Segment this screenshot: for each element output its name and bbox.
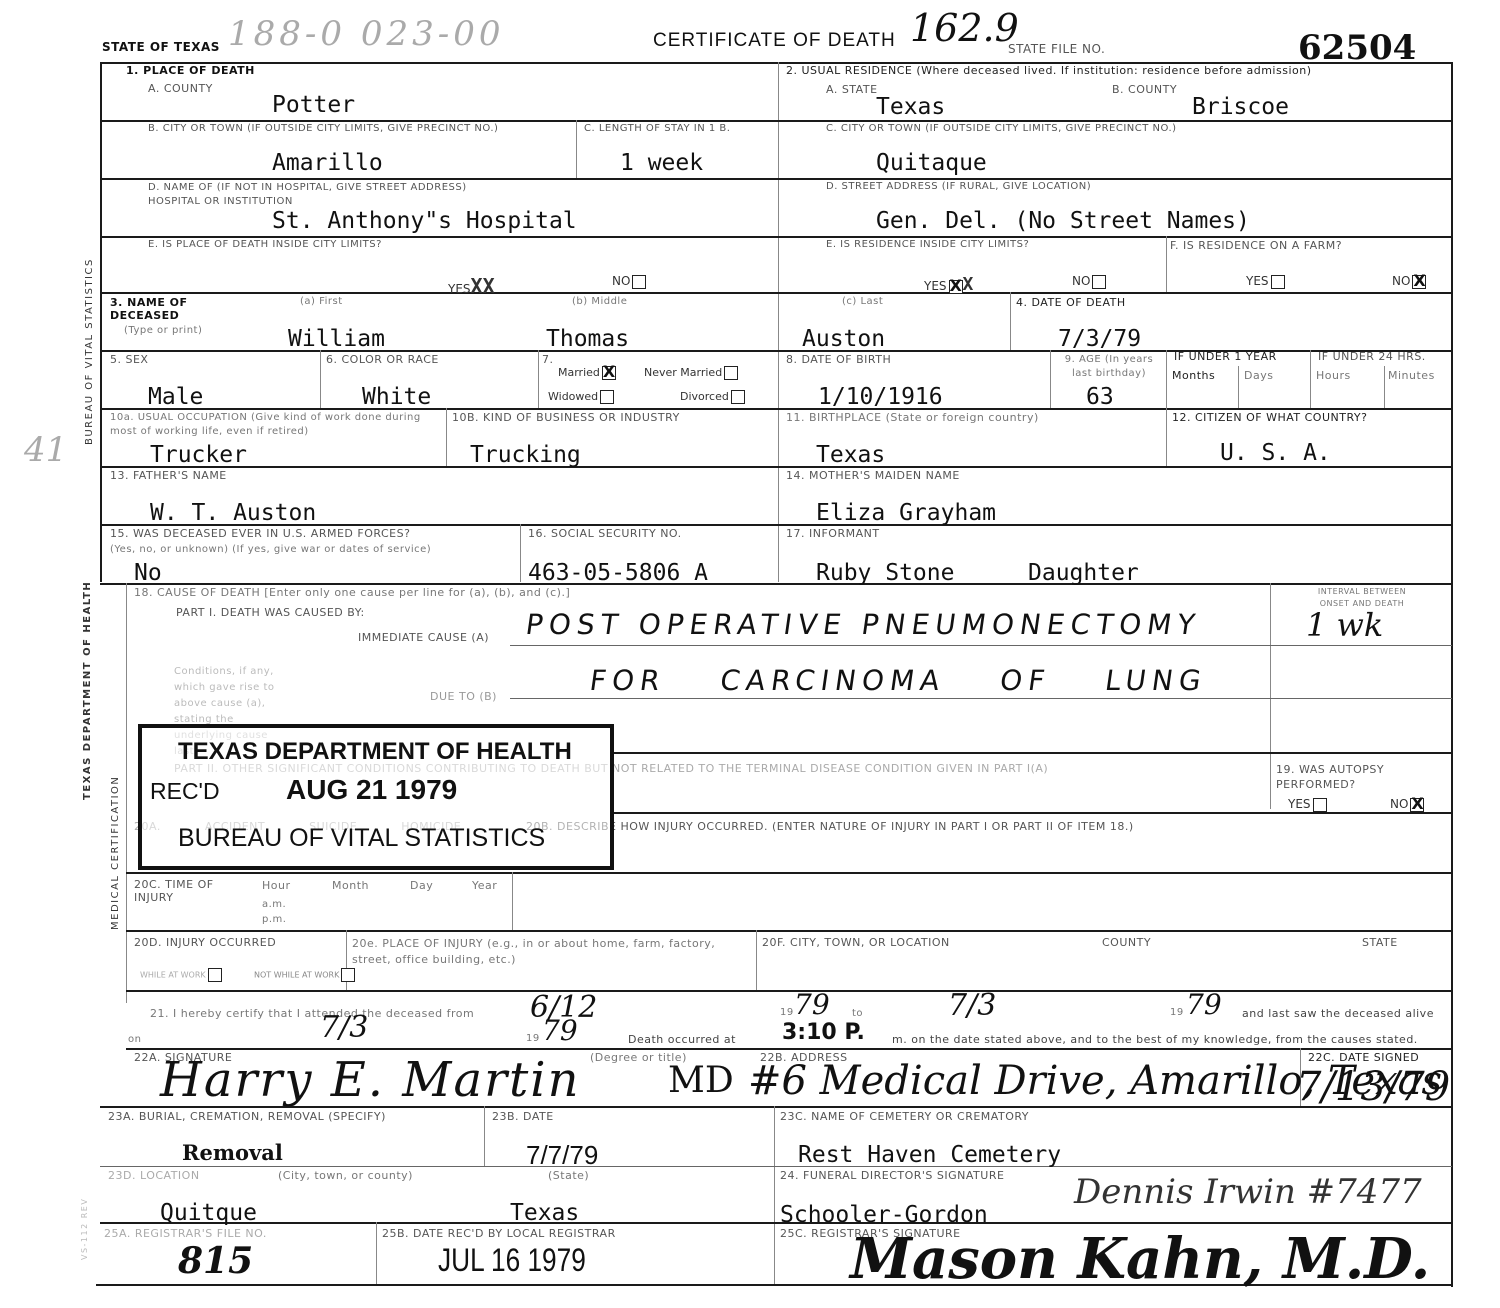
- cemetery-label: 23c. NAME OF CEMETERY OR CREMATORY: [780, 1110, 1029, 1123]
- state-file-label: STATE FILE NO.: [1008, 42, 1105, 56]
- hospital-label: d. NAME OF (If not in hospital, give str…: [148, 181, 478, 209]
- checkbox-icon: [341, 968, 355, 982]
- attended-to-field[interactable]: 7/3: [948, 988, 996, 1023]
- business-field[interactable]: Trucking: [470, 442, 581, 468]
- injury-time-label: 20c. TIME OF INJURY: [134, 878, 224, 904]
- occupation-field[interactable]: Trucker: [150, 442, 247, 468]
- after-time-text: m. on the date stated above, and to the …: [892, 1033, 1418, 1046]
- marital-widowed[interactable]: Widowed: [548, 390, 614, 404]
- cemetery-field[interactable]: Rest Haven Cemetery: [798, 1142, 1061, 1168]
- immediate-cause-field[interactable]: POST OPERATIVE PNEUMONECTOMY: [524, 608, 1203, 641]
- informant-relation-field[interactable]: Daughter: [1028, 560, 1139, 586]
- date-of-death-field[interactable]: 7/3/79: [1058, 326, 1141, 352]
- immediate-cause-label: IMMEDIATE CAUSE (a): [358, 631, 489, 644]
- farm-label: f. IS RESIDENCE ON A FARM?: [1170, 239, 1342, 252]
- part1-label: PART I. DEATH WAS CAUSED BY:: [176, 606, 365, 619]
- informant-field[interactable]: Ruby Stone: [816, 560, 954, 586]
- pod-yes-mark: XX: [471, 274, 495, 298]
- location-city-field[interactable]: Quitque: [160, 1200, 257, 1226]
- on-year-prefix: 19: [526, 1033, 540, 1044]
- to-year-prefix: 19: [1170, 1007, 1184, 1018]
- res-county-label: b. COUNTY: [1112, 83, 1177, 96]
- pod-inside-limits-label: e. IS PLACE OF DEATH INSIDE CITY LIMITS?: [148, 239, 382, 250]
- checkbox-icon: [1313, 798, 1327, 812]
- disposition-label: 23a. BURIAL, CREMATION, REMOVAL (Specify…: [108, 1110, 386, 1123]
- occupation-label: 10a. USUAL OCCUPATION (Give kind of work…: [110, 411, 440, 439]
- pod-inside-limits-yes[interactable]: YESXX: [448, 274, 495, 298]
- location-state-hint: (State): [548, 1169, 589, 1182]
- injury-place-label: 20e. PLACE OF INJURY (e.g., in or about …: [352, 936, 752, 968]
- registrar-signature[interactable]: Mason Kahn, M.D.: [850, 1226, 1430, 1292]
- on-year-field[interactable]: 79: [542, 1014, 578, 1047]
- funeral-director-label: 24. FUNERAL DIRECTOR'S SIGNATURE: [780, 1169, 1004, 1182]
- checked-box-icon: [1412, 275, 1426, 289]
- stamp-dept: TEXAS DEPARTMENT OF HEALTH: [178, 738, 572, 766]
- injury-city-label: 20f. CITY, TOWN, OR LOCATION: [762, 936, 950, 949]
- armed-forces-label: 15. WAS DECEASED EVER IN U.S. ARMED FORC…: [110, 527, 410, 540]
- father-field[interactable]: W. T. Auston: [150, 500, 316, 526]
- sex-label: 5. SEX: [110, 353, 148, 366]
- res-street-label: d. STREET ADDRESS (If rural, give locati…: [826, 181, 1091, 192]
- last-saw-text: and last saw the deceased alive: [1242, 1007, 1434, 1020]
- checkbox-icon: [208, 968, 222, 982]
- registrar-file-field[interactable]: 815: [178, 1240, 253, 1282]
- side-label-bureau: BUREAU OF VITAL STATISTICS: [84, 258, 95, 445]
- res-county-field[interactable]: Briscoe: [1192, 94, 1289, 120]
- disposition-date-label: 23b. DATE: [492, 1110, 554, 1123]
- pencil-file-note: 188-0 023-00: [228, 14, 504, 54]
- age-field[interactable]: 63: [1086, 384, 1114, 410]
- checked-box-icon: [602, 366, 616, 380]
- birthplace-label: 11. BIRTHPLACE (State or foreign country…: [786, 411, 1039, 424]
- local-registrar-date-field[interactable]: JUL 16 1979: [438, 1242, 586, 1279]
- certify-text: 21. I hereby certify that I attended the…: [150, 1007, 474, 1020]
- minutes-label: Minutes: [1388, 369, 1435, 382]
- armed-forces-hint: (Yes, no, or unknown) (If yes, give war …: [110, 544, 431, 555]
- pod-inside-limits-no[interactable]: NO: [612, 274, 646, 289]
- dob-label: 8. DATE OF BIRTH: [786, 353, 891, 366]
- pm-label: p.m.: [262, 914, 286, 925]
- to-year-field[interactable]: 79: [1186, 988, 1222, 1021]
- death-time-field[interactable]: 3:10 P.: [782, 1020, 865, 1045]
- farm-yes[interactable]: YES: [1246, 274, 1285, 289]
- degree-field[interactable]: MD: [668, 1060, 734, 1101]
- disposition-field[interactable]: Removal: [182, 1140, 283, 1165]
- injury-month-label: Month: [332, 879, 369, 892]
- stamp-received-date: AUG 21 1979: [286, 774, 457, 806]
- due-to-field[interactable]: FOR CARCINOMA OF LUNG: [588, 664, 1209, 697]
- funeral-home-field[interactable]: Schooler-Gordon: [780, 1202, 988, 1228]
- business-label: 10b. KIND OF BUSINESS OR INDUSTRY: [452, 411, 680, 424]
- form-code: VS-112 REV: [80, 1198, 89, 1260]
- length-of-stay-field[interactable]: 1 week: [620, 150, 703, 176]
- under-one-year-label: IF UNDER 1 YEAR: [1174, 350, 1277, 363]
- certificate-title: CERTIFICATE OF DEATH: [653, 30, 896, 52]
- location-label: 23d. LOCATION: [108, 1169, 200, 1182]
- first-name-field[interactable]: William: [288, 326, 385, 352]
- checkbox-icon: [600, 390, 614, 404]
- injury-hour-label: Hour: [262, 879, 291, 892]
- type-or-print-hint: (Type or print): [124, 325, 202, 336]
- deceased-name-label: 3. NAME OF DECEASED: [110, 296, 200, 322]
- disposition-date-field[interactable]: 7/7/79: [526, 1140, 598, 1171]
- length-of-stay-label: c. LENGTH OF STAY in 1 b.: [584, 123, 764, 134]
- from-year-prefix: 19: [780, 1007, 794, 1018]
- checkbox-icon: [731, 390, 745, 404]
- age-label: 9. AGE (In years last birthday): [1056, 353, 1162, 381]
- last-name-label: (c) Last: [842, 296, 883, 307]
- location-state-field[interactable]: Texas: [510, 1200, 579, 1226]
- checkbox-icon: [724, 366, 738, 380]
- res-city-field[interactable]: Quitaque: [876, 150, 987, 176]
- local-registrar-date-label: 25b. DATE REC'D BY LOCAL REGISTRAR: [382, 1227, 616, 1240]
- armed-forces-field[interactable]: No: [134, 560, 162, 586]
- marital-divorced[interactable]: Divorced: [680, 390, 745, 404]
- farm-no[interactable]: NO: [1392, 274, 1426, 289]
- mother-field[interactable]: Eliza Grayham: [816, 500, 996, 526]
- from-year-field[interactable]: 79: [794, 988, 830, 1021]
- while-at-work-option[interactable]: WHILE AT WORK: [140, 968, 222, 982]
- injury-state-label: STATE: [1362, 936, 1398, 949]
- marital-label: 7.: [542, 353, 554, 366]
- res-inside-no[interactable]: NO: [1072, 274, 1106, 289]
- race-field[interactable]: White: [362, 384, 431, 410]
- checkbox-icon: [632, 275, 646, 289]
- date-of-death-label: 4. DATE OF DEATH: [1016, 296, 1126, 309]
- ssn-label: 16. SOCIAL SECURITY NO.: [528, 527, 682, 540]
- date-signed-field[interactable]: 7/13/79: [1296, 1064, 1450, 1110]
- interval-field[interactable]: 1 wk: [1306, 606, 1383, 644]
- middle-name-label: (b) Middle: [572, 296, 627, 307]
- middle-name-field[interactable]: Thomas: [546, 326, 629, 352]
- last-saw-date-field[interactable]: 7/3: [320, 1010, 368, 1045]
- checkbox-icon: [1092, 275, 1106, 289]
- res-state-field[interactable]: Texas: [876, 94, 945, 120]
- registrar-file-label: 25a. REGISTRAR'S FILE NO.: [104, 1227, 267, 1240]
- pencil-margin-note: 41: [24, 430, 67, 470]
- injury-year-label: Year: [472, 879, 497, 892]
- autopsy-yes[interactable]: YES: [1288, 797, 1327, 812]
- res-inside-limits-label: e. IS RESIDENCE INSIDE CITY LIMITS?: [826, 239, 1029, 250]
- mother-label: 14. MOTHER'S MAIDEN NAME: [786, 469, 960, 482]
- side-label-dept: TEXAS DEPARTMENT OF HEALTH: [82, 581, 93, 800]
- father-label: 13. FATHER'S NAME: [110, 469, 227, 482]
- pod-county-field[interactable]: Potter: [272, 92, 355, 118]
- injury-county-label: COUNTY: [1102, 936, 1151, 949]
- title-pencil-note: 162.9: [910, 6, 1019, 50]
- ssn-field[interactable]: 463-05-5806 A: [528, 560, 708, 586]
- injury-day-label: Day: [410, 879, 433, 892]
- to-label: to: [852, 1008, 863, 1019]
- stamp-received-label: REC'D: [150, 778, 220, 805]
- hours-label: Hours: [1316, 369, 1351, 382]
- checked-box-icon: [1410, 798, 1424, 812]
- checked-box-icon: [949, 280, 963, 294]
- pod-county-label: a. COUNTY: [148, 82, 213, 95]
- last-name-field[interactable]: Auston: [802, 326, 885, 352]
- first-name-label: (a) First: [300, 296, 343, 307]
- autopsy-no[interactable]: NO: [1390, 797, 1424, 812]
- injury-describe-label: 20b. DESCRIBE HOW INJURY OCCURRED. (Ente…: [526, 820, 1134, 833]
- on-label: on: [128, 1034, 141, 1045]
- citizen-label: 12. CITIZEN OF WHAT COUNTRY?: [1172, 411, 1367, 424]
- location-city-hint: (City, town, or county): [278, 1169, 413, 1182]
- marital-married[interactable]: Married: [558, 366, 616, 380]
- residence-label: 2. USUAL RESIDENCE (Where deceased lived…: [786, 64, 1312, 77]
- birthplace-field[interactable]: Texas: [816, 442, 885, 468]
- res-city-label: c. CITY OR TOWN (If outside city limits,…: [826, 123, 1177, 134]
- hospital-field[interactable]: St. Anthony"s Hospital: [272, 208, 577, 234]
- autopsy-label: 19. WAS AUTOPSY PERFORMED?: [1276, 762, 1446, 792]
- pod-city-label: b. CITY OR TOWN (If outside city limits,…: [148, 123, 498, 134]
- under-24-hrs-label: IF UNDER 24 HRS.: [1318, 350, 1426, 363]
- pod-city-field[interactable]: Amarillo: [272, 150, 383, 176]
- marital-never-married[interactable]: Never Married: [644, 366, 738, 380]
- injury-occurred-label: 20d. INJURY OCCURRED: [134, 936, 276, 949]
- res-inside-yes[interactable]: YESX: [924, 274, 973, 295]
- dob-field[interactable]: 1/10/1916: [818, 384, 943, 410]
- stamp-bureau: BUREAU OF VITAL STATISTICS: [178, 824, 545, 853]
- occurred-at-label: Death occurred at: [628, 1033, 736, 1046]
- race-label: 6. COLOR OR RACE: [326, 353, 439, 366]
- sex-field[interactable]: Male: [148, 384, 203, 410]
- physician-signature[interactable]: Harry E. Martin: [160, 1052, 581, 1108]
- am-label: a.m.: [262, 899, 286, 910]
- place-of-death-label: 1. PLACE OF DEATH: [126, 64, 255, 77]
- date-signed-label: 22c. DATE SIGNED: [1308, 1051, 1419, 1064]
- received-stamp: TEXAS DEPARTMENT OF HEALTH REC'D AUG 21 …: [138, 724, 614, 870]
- checkbox-icon: [1271, 275, 1285, 289]
- state-label: STATE OF TEXAS: [102, 40, 220, 54]
- citizen-field[interactable]: U. S. A.: [1220, 440, 1331, 466]
- due-to-label: DUE TO (b): [430, 690, 497, 703]
- informant-label: 17. INFORMANT: [786, 527, 880, 540]
- funeral-director-signature[interactable]: Dennis Irwin #7477: [1074, 1172, 1422, 1212]
- days-label: Days: [1244, 369, 1273, 382]
- res-state-label: a. STATE: [826, 83, 878, 96]
- cause-label: 18. CAUSE OF DEATH [Enter only one cause…: [134, 586, 570, 599]
- not-while-at-work-option[interactable]: NOT WHILE AT WORK: [254, 968, 355, 982]
- res-street-field[interactable]: Gen. Del. (No Street Names): [876, 208, 1250, 234]
- side-label-medical: MEDICAL CERTIFICATION: [110, 776, 121, 930]
- months-label: Months: [1172, 369, 1215, 382]
